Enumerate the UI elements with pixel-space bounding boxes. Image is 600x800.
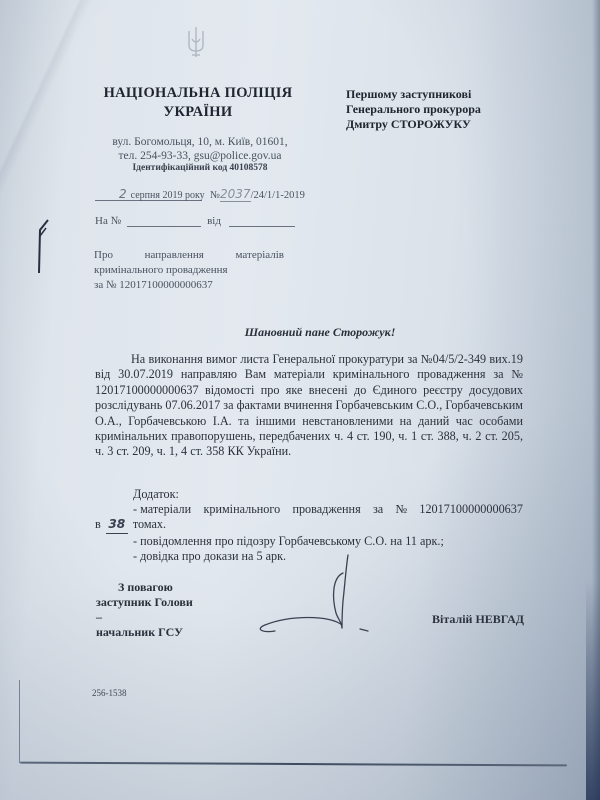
recipient-line3: Дмитру СТОРОЖУКУ bbox=[346, 117, 481, 132]
position-line2: начальник ГСУ bbox=[96, 625, 196, 640]
in-reply-label: На № bbox=[95, 215, 121, 227]
salutation: Шановний пане Сторожук! bbox=[100, 325, 540, 340]
from-blank bbox=[229, 226, 295, 227]
recipient-block: Першому заступникові Генерального прокур… bbox=[346, 87, 481, 132]
executor-code: 256-1538 bbox=[92, 688, 127, 698]
identification-code: Ідентифікаційний код 40108578 bbox=[110, 163, 290, 173]
annex-item-1-word: 12017100000000637 bbox=[419, 502, 523, 517]
date-printed: серпня 2019 року bbox=[131, 190, 205, 201]
volumes-suffix: томах. bbox=[133, 517, 166, 531]
page-margin-line bbox=[19, 680, 20, 763]
in-reply-blank bbox=[127, 226, 201, 227]
annex-item-1-word: за bbox=[373, 502, 383, 517]
address-line1: вул. Богомольця, 10, м. Київ, 01601, bbox=[100, 135, 300, 149]
subject-line3: за № 12017100000000637 bbox=[94, 278, 284, 293]
handwritten-volumes: 38 bbox=[106, 517, 128, 533]
recipient-line2: Генерального прокурора bbox=[346, 102, 481, 117]
subject-line2: кримінального провадження bbox=[94, 263, 284, 278]
number-suffix: /24/1/1-2019 bbox=[251, 190, 305, 201]
body-paragraph: На виконання вимог листа Генеральної про… bbox=[95, 352, 523, 460]
closing-phrase: З повагою bbox=[96, 580, 196, 595]
number-prefix: № bbox=[210, 190, 220, 201]
from-label: від bbox=[207, 215, 221, 227]
pen-mark-icon bbox=[36, 218, 50, 288]
annex-item-1-word: кримінального bbox=[203, 502, 280, 517]
annex-item-1-continuation: в 38 томах. bbox=[95, 517, 523, 533]
recipient-line1: Першому заступникові bbox=[346, 87, 481, 102]
organization-name-line2: УКРАЇНИ bbox=[98, 103, 298, 122]
handwritten-number: 2037 bbox=[220, 187, 251, 202]
letter-body: На виконання вимог листа Генеральної про… bbox=[95, 352, 523, 460]
signature-position: З повагою заступник Голови – начальник Г… bbox=[96, 580, 196, 640]
volumes-prefix: в bbox=[95, 517, 101, 531]
annex-item-1-word: - матеріали bbox=[133, 502, 191, 517]
organization-name: НАЦІОНАЛЬНА ПОЛІЦІЯ УКРАЇНИ bbox=[98, 84, 298, 122]
annex-item-1: - матеріали кримінального провадження за… bbox=[95, 502, 523, 517]
in-reply-line: На №від bbox=[95, 215, 295, 227]
organization-address: вул. Богомольця, 10, м. Київ, 01601, тел… bbox=[100, 135, 300, 163]
signer-name: Віталій НЕВГАД bbox=[432, 612, 524, 627]
subject-line1: Про направлення матеріалів bbox=[94, 248, 284, 263]
handwritten-signature-icon bbox=[250, 553, 410, 635]
annex-item-1-word: провадження bbox=[292, 502, 360, 517]
annex-item-1-word: № bbox=[395, 502, 407, 517]
trident-icon bbox=[186, 25, 206, 59]
address-line2: тел. 254-93-33, gsu@police.gov.ua bbox=[100, 149, 300, 163]
position-line1: заступник Голови – bbox=[96, 595, 196, 625]
annex-item-2: - повідомлення про підозру Горбачевськом… bbox=[95, 534, 523, 549]
annex-title: Додаток: bbox=[95, 487, 523, 502]
outgoing-number: №2037/24/1/1-2019 bbox=[210, 187, 305, 201]
letter-subject: Про направлення матеріалів кримінального… bbox=[94, 248, 284, 293]
organization-name-line1: НАЦІОНАЛЬНА ПОЛІЦІЯ bbox=[98, 84, 298, 103]
handwritten-day: 2 bbox=[119, 187, 127, 201]
outgoing-date: 2серпня 2019 року bbox=[95, 187, 202, 201]
background-corner bbox=[586, 580, 600, 800]
